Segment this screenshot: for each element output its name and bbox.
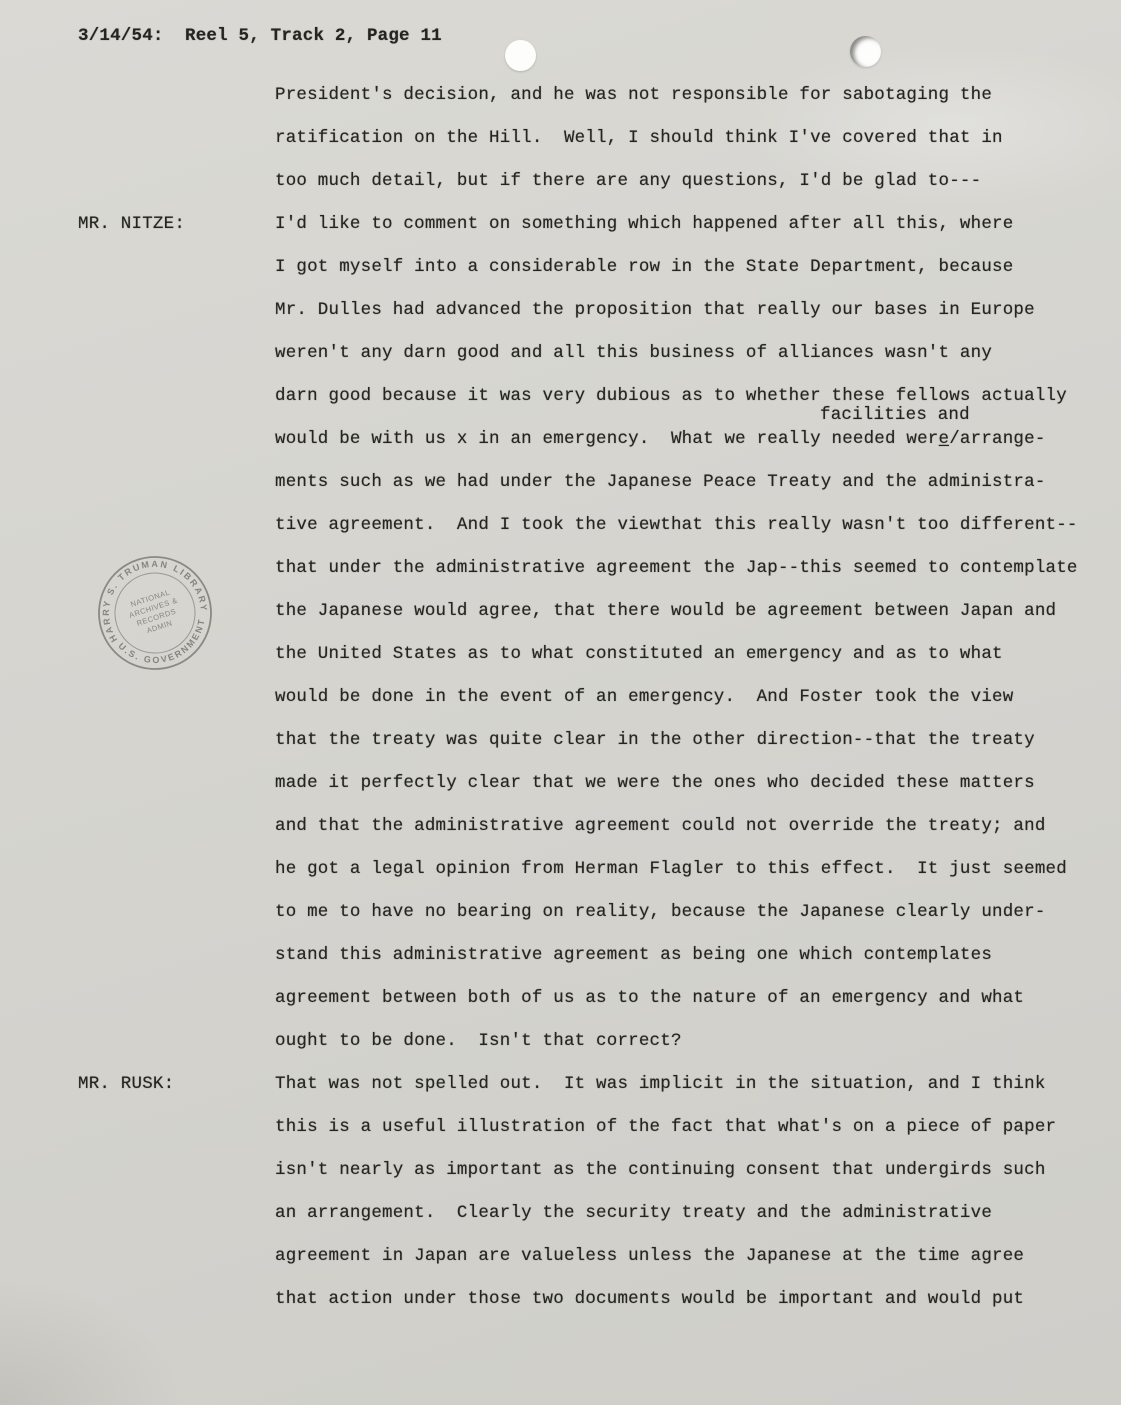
page-header: 3/14/54: Reel 5, Track 2, Page 11 (78, 26, 442, 46)
transcript-line: I got myself into a considerable row in … (275, 246, 1087, 289)
transcript-line: ments such as we had under the Japanese … (275, 461, 1087, 504)
transcript-line: weren't any darn good and all this busin… (275, 332, 1087, 375)
punch-hole-right (850, 36, 881, 67)
transcript-line: and that the administrative agreement co… (275, 805, 1087, 848)
speaker-label: MR. NITZE: (78, 203, 185, 246)
transcript-line: that the treaty was quite clear in the o… (275, 719, 1087, 762)
transcript-paragraph: President's decision, and he was not res… (275, 74, 1087, 203)
transcript-line: President's decision, and he was not res… (275, 74, 1087, 117)
transcript-line: that under the administrative agreement … (275, 547, 1087, 590)
transcript-line: ought to be done. Isn't that correct? (275, 1020, 1087, 1063)
transcript-paragraph: MR. RUSK:That was not spelled out. It wa… (275, 1063, 1087, 1321)
transcript-line: that action under those two documents wo… (275, 1278, 1087, 1321)
transcript-line: tive agreement. And I took the viewthat … (275, 504, 1087, 547)
transcript: President's decision, and he was not res… (275, 74, 1087, 1321)
transcript-line: too much detail, but if there are any qu… (275, 160, 1087, 203)
transcript-line: That was not spelled out. It was implici… (275, 1063, 1087, 1106)
punch-hole-left (505, 40, 536, 71)
transcript-line: he got a legal opinion from Herman Flagl… (275, 848, 1087, 891)
transcript-line: made it perfectly clear that we were the… (275, 762, 1087, 805)
transcript-line: isn't nearly as important as the continu… (275, 1149, 1087, 1192)
transcript-line: Mr. Dulles had advanced the proposition … (275, 289, 1087, 332)
transcript-line: the Japanese would agree, that there wou… (275, 590, 1087, 633)
transcript-line: this is a useful illustration of the fac… (275, 1106, 1087, 1149)
transcript-line: to me to have no bearing on reality, bec… (275, 891, 1087, 934)
transcript-line: an arrangement. Clearly the security tre… (275, 1192, 1087, 1235)
transcript-line: ratification on the Hill. Well, I should… (275, 117, 1087, 160)
transcript-line: I'd like to comment on something which h… (275, 203, 1087, 246)
transcript-paragraph: MR. NITZE:I'd like to comment on somethi… (275, 203, 1087, 1063)
transcript-line: agreement in Japan are valueless unless … (275, 1235, 1087, 1278)
transcript-line: agreement between both of us as to the n… (275, 977, 1087, 1020)
truman-library-stamp: HARRY S. TRUMAN LIBRARY U.S. GOVERNMENT … (73, 531, 237, 695)
document-page: 3/14/54: Reel 5, Track 2, Page 11 HARRY … (0, 0, 1121, 1405)
speaker-label: MR. RUSK: (78, 1063, 174, 1106)
transcript-line: stand this administrative agreement as b… (275, 934, 1087, 977)
transcript-line: the United States as to what constituted… (275, 633, 1087, 676)
transcript-line: would be done in the event of an emergen… (275, 676, 1087, 719)
